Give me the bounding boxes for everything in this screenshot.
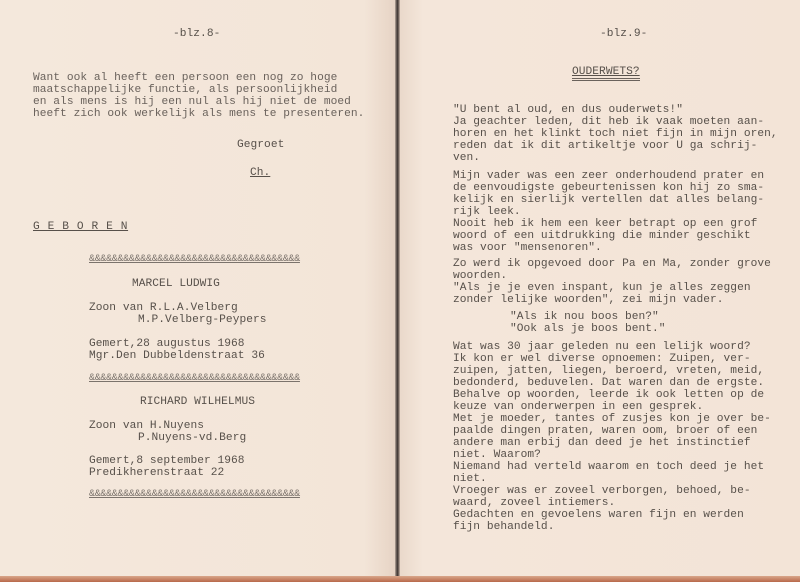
article-line: horen en het klinkt toch niet fijn in mi…	[453, 128, 778, 140]
article-line: Ik kon er wel diverse opnoemen: Zuipen, …	[453, 353, 751, 365]
intro-line: maatschappelijke functie, als persoonlij…	[33, 84, 337, 96]
ornament-divider: &&&&&&&&&&&&&&&&&&&&&&&&&&&&&&&&&&&&&	[89, 373, 300, 384]
book-gutter	[395, 0, 400, 578]
article-line: kelijk en sierlijk vertellen dat alles b…	[453, 194, 764, 206]
article-title: OUDERWETS?	[572, 67, 640, 81]
birth-parents: M.P.Velberg-Peypers	[138, 314, 267, 326]
left-page-number: -blz.8-	[173, 28, 220, 40]
right-page-number: -blz.9-	[600, 28, 647, 40]
birth-date: Gemert,28 augustus 1968	[89, 338, 245, 350]
birth-name: RICHARD WILHELMUS	[140, 396, 255, 408]
article-line: Ja geachter leden, dit heb ik vaak moete…	[453, 116, 764, 128]
article-line: Met je moeder, tantes of zusjes kon je o…	[453, 413, 771, 425]
article-line: woord of een uitdrukking die minder gesc…	[453, 230, 751, 242]
article-line: ven.	[453, 152, 480, 164]
greeting: Gegroet	[237, 139, 284, 151]
article-line: Vroeger was er zoveel verborgen, behoed,…	[453, 485, 751, 497]
ornament-divider: &&&&&&&&&&&&&&&&&&&&&&&&&&&&&&&&&&&&&	[89, 254, 300, 265]
article-line: fijn behandeld.	[453, 521, 554, 533]
article-line: reden dat ik dit artikeltje voor U ga sc…	[453, 140, 757, 152]
birth-parents: P.Nuyens-vd.Berg	[138, 432, 246, 444]
article-quote-line: "Als ik nou boos ben?"	[510, 311, 659, 323]
article-line: andere man erbij dan deed je het instinc…	[453, 437, 751, 449]
birth-parents: Zoon van H.Nuyens	[89, 420, 204, 432]
article-line: woorden.	[453, 270, 507, 282]
article-line: niet. Waarom?	[453, 449, 541, 461]
article-line: rijk leek.	[453, 206, 521, 218]
birth-name: MARCEL LUDWIG	[132, 278, 220, 290]
article-line: Niemand had verteld waarom en toch deed …	[453, 461, 764, 473]
article-line: paalde dingen praten, waren oom, broer o…	[453, 425, 757, 437]
intro-line: Want ook al heeft een persoon een nog zo…	[33, 72, 337, 84]
article-line: Mijn vader was een zeer onderhoudend pra…	[453, 170, 764, 182]
article-line: zonder lelijke woorden", zei mijn vader.	[453, 294, 724, 306]
article-line: zuipen, jatten, liegen, beroerd, vreten,…	[453, 365, 764, 377]
article-line: Behalve op woorden, leerde ik ook letten…	[453, 389, 764, 401]
book-bottom-edge	[0, 576, 800, 582]
article-line: waard, zoveel intiemers.	[453, 497, 615, 509]
article-line: Zo werd ik opgevoed door Pa en Ma, zonde…	[453, 258, 771, 270]
birth-parents: Zoon van R.L.A.Velberg	[89, 302, 238, 314]
birth-address: Mgr.Den Dubbeldenstraat 36	[89, 350, 265, 362]
article-line: "Als je je even inspant, kun je alles ze…	[453, 282, 751, 294]
article-line: was voor "mensenoren".	[453, 242, 602, 254]
intro-line: en als mens is hij een nul als hij niet …	[33, 96, 351, 108]
article-quote-line: "Ook als je boos bent."	[510, 323, 666, 335]
intro-line: heeft zich ook werkelijk als mens te pre…	[33, 108, 364, 120]
article-line: bedonderd, beduvelen. Dat waren dan de e…	[453, 377, 764, 389]
birth-address: Predikherenstraat 22	[89, 467, 224, 479]
article-line: "U bent al oud, en dus ouderwets!"	[453, 104, 683, 116]
section-title-geboren: G E B O R E N	[33, 221, 128, 233]
article-line: niet.	[453, 473, 487, 485]
signature: Ch.	[250, 167, 270, 179]
article-line: Nooit heb ik hem een keer betrapt op een…	[453, 218, 757, 230]
article-line: keuze van onderwerpen in een gesprek.	[453, 401, 703, 413]
article-line: Gedachten en gevoelens waren fijn en wer…	[453, 509, 744, 521]
birth-date: Gemert,8 september 1968	[89, 455, 245, 467]
article-line: Wat was 30 jaar geleden nu een lelijk wo…	[453, 341, 751, 353]
article-line: de eenvoudigste gebeurtenissen kon hij z…	[453, 182, 764, 194]
ornament-divider: &&&&&&&&&&&&&&&&&&&&&&&&&&&&&&&&&&&&&	[89, 489, 300, 500]
